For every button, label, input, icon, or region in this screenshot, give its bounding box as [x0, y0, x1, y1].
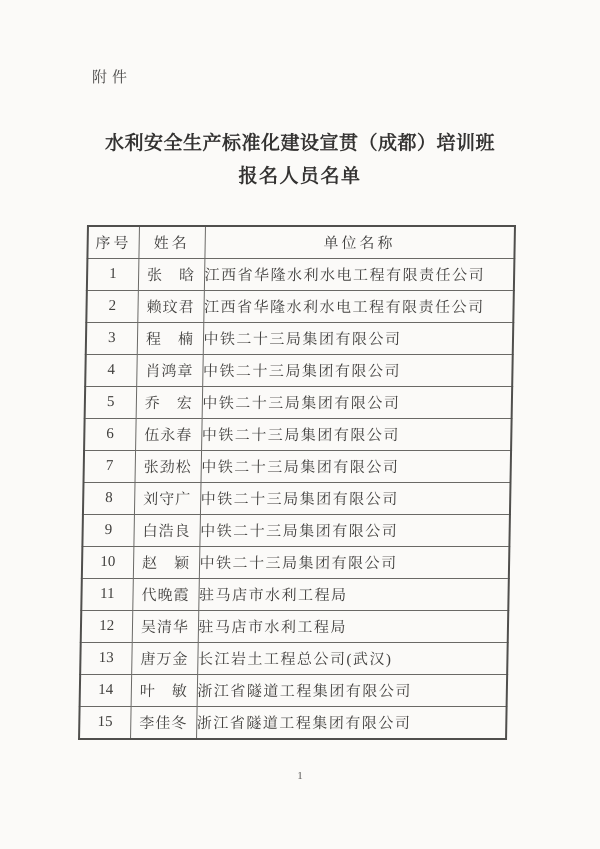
roster-table: 序号 姓名 单位名称 1 张 晗 江西省华隆水利水电工程有限责任公司 2 赖玟君…	[78, 225, 516, 740]
header-serial-number: 序号	[87, 226, 139, 259]
row-person-name: 白浩良	[133, 515, 200, 547]
roster-table-header: 序号 姓名 单位名称	[87, 226, 515, 259]
table-row: 2 赖玟君 江西省华隆水利水电工程有限责任公司	[86, 291, 514, 323]
row-serial-number: 6	[84, 419, 136, 451]
row-serial-number: 12	[81, 611, 133, 643]
row-person-name: 叶 敏	[131, 675, 198, 707]
row-organization-name: 中铁二十三局集团有限公司	[201, 451, 512, 483]
row-organization-name: 浙江省隧道工程集团有限公司	[197, 675, 508, 707]
row-organization-name: 江西省华隆水利水电工程有限责任公司	[203, 291, 514, 323]
table-row: 12 吴清华 驻马店市水利工程局	[81, 611, 509, 643]
row-person-name: 代晚霞	[132, 579, 199, 611]
header-row: 序号 姓名 单位名称	[87, 226, 515, 259]
header-organization-name: 单位名称	[204, 226, 515, 259]
row-serial-number: 8	[83, 483, 135, 515]
row-organization-name: 中铁二十三局集团有限公司	[201, 419, 512, 451]
scanned-document-page: { "page": { "attachment_label": "附件", "p…	[0, 0, 600, 849]
table-row: 4 肖鸿章 中铁二十三局集团有限公司	[85, 355, 513, 387]
document-title-line2: 报名人员名单	[0, 165, 600, 188]
row-organization-name: 江西省华隆水利水电工程有限责任公司	[204, 259, 515, 291]
row-person-name: 赖玟君	[137, 291, 204, 323]
row-serial-number: 10	[82, 547, 134, 579]
row-serial-number: 7	[84, 451, 136, 483]
roster-table-body: 1 张 晗 江西省华隆水利水电工程有限责任公司 2 赖玟君 江西省华隆水利水电工…	[79, 259, 514, 740]
row-serial-number: 15	[79, 707, 131, 740]
row-person-name: 吴清华	[132, 611, 199, 643]
row-organization-name: 中铁二十三局集团有限公司	[202, 355, 513, 387]
row-serial-number: 9	[82, 515, 134, 547]
row-organization-name: 驻马店市水利工程局	[198, 611, 509, 643]
table-row: 1 张 晗 江西省华隆水利水电工程有限责任公司	[87, 259, 515, 291]
row-organization-name: 中铁二十三局集团有限公司	[200, 483, 511, 515]
table-row: 15 李佳冬 浙江省隧道工程集团有限公司	[79, 707, 507, 740]
attachment-label: 附件	[92, 66, 132, 87]
row-serial-number: 3	[86, 323, 138, 355]
row-person-name: 赵 颖	[133, 547, 200, 579]
row-person-name: 伍永春	[135, 419, 202, 451]
row-organization-name: 中铁二十三局集团有限公司	[199, 515, 510, 547]
table-row: 10 赵 颖 中铁二十三局集团有限公司	[82, 547, 510, 579]
row-person-name: 李佳冬	[130, 707, 197, 740]
row-serial-number: 13	[80, 643, 132, 675]
row-serial-number: 1	[87, 259, 139, 291]
row-person-name: 肖鸿章	[136, 355, 203, 387]
table-row: 5 乔 宏 中铁二十三局集团有限公司	[85, 387, 513, 419]
row-serial-number: 11	[81, 579, 133, 611]
table-row: 14 叶 敏 浙江省隧道工程集团有限公司	[80, 675, 508, 707]
row-organization-name: 长江岩土工程总公司(武汉)	[197, 643, 508, 675]
row-person-name: 张劲松	[135, 451, 202, 483]
row-organization-name: 中铁二十三局集团有限公司	[202, 387, 513, 419]
table-row: 6 伍永春 中铁二十三局集团有限公司	[84, 419, 512, 451]
table-row: 11 代晚霞 驻马店市水利工程局	[81, 579, 509, 611]
row-serial-number: 4	[85, 355, 137, 387]
row-serial-number: 5	[85, 387, 137, 419]
header-person-name: 姓名	[138, 226, 205, 259]
document-title: 水利安全生产标准化建设宣贯（成都）培训班 报名人员名单	[0, 132, 600, 188]
row-organization-name: 驻马店市水利工程局	[198, 579, 509, 611]
table-row: 9 白浩良 中铁二十三局集团有限公司	[82, 515, 510, 547]
row-organization-name: 中铁二十三局集团有限公司	[203, 323, 514, 355]
table-row: 3 程 楠 中铁二十三局集团有限公司	[86, 323, 514, 355]
table-row: 8 刘守广 中铁二十三局集团有限公司	[83, 483, 511, 515]
document-title-line1: 水利安全生产标准化建设宣贯（成都）培训班	[0, 132, 600, 155]
row-serial-number: 14	[80, 675, 132, 707]
row-serial-number: 2	[86, 291, 138, 323]
page-number: 1	[0, 770, 600, 782]
row-organization-name: 中铁二十三局集团有限公司	[199, 547, 510, 579]
row-person-name: 张 晗	[138, 259, 205, 291]
row-person-name: 刘守广	[134, 483, 201, 515]
row-person-name: 程 楠	[137, 323, 204, 355]
row-organization-name: 浙江省隧道工程集团有限公司	[196, 707, 507, 740]
row-person-name: 唐万金	[131, 643, 198, 675]
row-person-name: 乔 宏	[136, 387, 203, 419]
table-row: 13 唐万金 长江岩土工程总公司(武汉)	[80, 643, 508, 675]
table-row: 7 张劲松 中铁二十三局集团有限公司	[84, 451, 512, 483]
